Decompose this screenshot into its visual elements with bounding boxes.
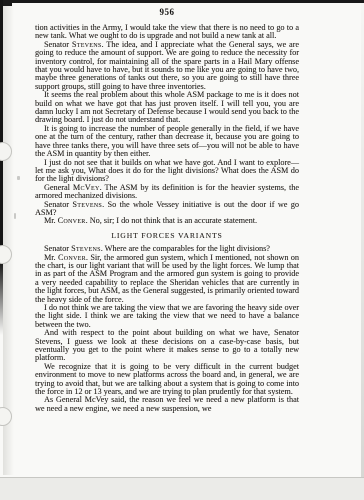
paragraph: I just do not see that it builds on what… bbox=[35, 159, 299, 184]
paragraph: Mr. Conver. No, sir; I do not think that… bbox=[35, 217, 299, 225]
paragraph: It seems the real problem about this who… bbox=[35, 91, 299, 125]
paragraph: tion activities in the Army, I would tak… bbox=[35, 24, 299, 41]
paragraph: General McVey. The ASM by its definition… bbox=[35, 184, 299, 201]
text-run: It seems the real problem about this who… bbox=[35, 90, 299, 124]
text-run: . Sir, the armored gun system, which I m… bbox=[35, 253, 299, 304]
paragraph: Mr. Conver. Sir, the armored gun system,… bbox=[35, 254, 299, 304]
text-run: And with respect to the point about buil… bbox=[35, 328, 299, 362]
text-run: I just do not see that it builds on what… bbox=[35, 158, 299, 184]
scan-edge-top bbox=[0, 0, 364, 3]
paragraph: We recognize that it is going to be very… bbox=[35, 363, 299, 397]
paragraph: Senator Stevens. So the whole Vessey ini… bbox=[35, 201, 299, 218]
paragraph: And with respect to the point about buil… bbox=[35, 329, 299, 363]
paragraph: I do not think we are taking the view th… bbox=[35, 304, 299, 329]
text-run: We recognize that it is going to be very… bbox=[35, 362, 299, 396]
scan-speck bbox=[14, 213, 16, 219]
paragraph: Senator Stevens. The idea, and I appreci… bbox=[35, 41, 299, 91]
scan-edge-bottom bbox=[0, 477, 364, 500]
text-run: I do not think we are taking the view th… bbox=[35, 303, 299, 329]
section-heading: LIGHT FORCES VARIANTS bbox=[35, 232, 299, 240]
text-run: It is going to increase the number of pe… bbox=[35, 124, 299, 158]
speaker-name: Conver bbox=[58, 216, 86, 225]
scan-speck bbox=[17, 176, 20, 180]
text-run: Mr. bbox=[44, 216, 58, 225]
speaker-name: Stevens bbox=[72, 200, 102, 209]
text-run: . The idea, and I appreciate what the Ge… bbox=[35, 40, 299, 91]
scan-edge-left bbox=[0, 0, 3, 335]
scanned-page: 956 tion activities in the Army, I would… bbox=[0, 0, 364, 500]
text-run: LIGHT FORCES VARIANTS bbox=[111, 231, 222, 240]
text-run: tion activities in the Army, I would tak… bbox=[35, 23, 299, 40]
paragraph: It is going to increase the number of pe… bbox=[35, 125, 299, 159]
text-run: As General McVey said, the reason we fee… bbox=[35, 395, 299, 412]
paragraph: As General McVey said, the reason we fee… bbox=[35, 396, 299, 413]
scan-left-shading bbox=[3, 3, 14, 475]
page-number: 956 bbox=[35, 7, 299, 17]
page-body: tion activities in the Army, I would tak… bbox=[35, 24, 299, 413]
text-run: . No, sir; I do not think that is an acc… bbox=[86, 216, 257, 225]
